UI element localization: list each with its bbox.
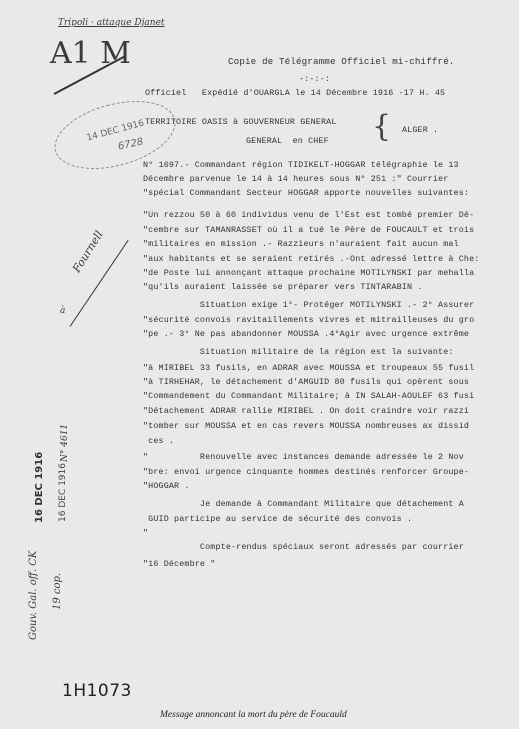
body-line: "cembre sur TAMANRASSET où il a tué le P…	[143, 225, 474, 235]
title-separator: -:-:-:	[299, 74, 330, 84]
document-page: Tripoli · attaque Djanet A1 M Copie de T…	[0, 0, 519, 729]
handwritten-note-top: Tripoli · attaque Djanet	[58, 18, 165, 28]
body-line: N° 1697.- Commandant région TIDIKELT-HOG…	[143, 160, 459, 170]
page-title: Copie de Télégramme Officiel mi-chiffré.	[228, 56, 455, 67]
to-line: GENERAL en CHEF	[246, 136, 329, 146]
vertical-stamp-number: N° 4611	[60, 424, 70, 462]
body-line: "tomber sur MOUSSA et en cas revers MOUS…	[143, 421, 469, 431]
body-line: GUID participe au service de sécurité de…	[143, 514, 412, 524]
vertical-stamp-1: 16 DEC 1916	[34, 452, 45, 523]
handwritten-initials: A1 M	[50, 36, 131, 71]
vertical-stamp-2: 16 DEC 1916	[58, 463, 68, 522]
body-line: "HOGGAR .	[143, 481, 190, 491]
side-mark: à	[60, 306, 65, 316]
body-line: "à MIRIBEL 33 fusils, en ADRAR avec MOUS…	[143, 363, 474, 373]
body-line: "Détachement ADRAR rallie MIRIBEL . On d…	[143, 406, 469, 416]
body-line: "sécurité convois ravitaillements vivres…	[143, 315, 474, 325]
body-line: "16 Décembre "	[143, 559, 215, 569]
side-signature: Fournell	[70, 228, 106, 274]
vertical-note-1: Gouv. Gal. off. CK	[28, 551, 39, 640]
destination: ALGER .	[402, 125, 438, 135]
body-line: Décembre parvenue le 14 à 14 heures sous…	[143, 174, 448, 184]
address-bracket: {	[372, 112, 391, 142]
body-line: "à TIRHEHAR, le détachement d'AMGUID 80 …	[143, 377, 469, 387]
body-line: "Un rezzou 50 à 60 individus venu de l'E…	[143, 210, 474, 220]
body-line: "pe .- 3° Ne pas abandonner MOUSSA .4°Ag…	[143, 329, 469, 339]
body-line: Je demande à Commandant Militaire que dé…	[143, 499, 464, 509]
body-line: "aux habitants et se seraient retirés .-…	[143, 254, 479, 264]
body-line: "de Poste lui annonçant attaque prochain…	[143, 268, 474, 278]
body-line: Situation exige 1°- Protéger MOTILYNSKI …	[143, 300, 474, 310]
body-line: ces .	[143, 436, 174, 446]
vertical-note-2: 19 cop.	[52, 573, 63, 610]
body-line: Situation militaire de la région est la …	[143, 347, 454, 357]
body-line: "Commandement du Commandant Militaire; à…	[143, 391, 474, 401]
caption: Message annoncant la mort du père de Fou…	[160, 710, 347, 720]
body-line: "militaires en mission .- Razzieurs n'au…	[143, 239, 459, 249]
body-line: "spécial Commandant Secteur HOGGAR appor…	[143, 188, 469, 198]
body-line: "bre: envoi urgence cinquante hommes des…	[143, 467, 469, 477]
dispatch-line: Officiel Expédié d'OUARGLA le 14 Décembr…	[145, 88, 445, 98]
body-line: " Renouvelle avec instances demande adre…	[143, 452, 464, 462]
archive-reference: 1H1073	[62, 681, 132, 701]
body-line: "	[143, 528, 148, 538]
body-line: "qu'ils auraient laissée se préparer ver…	[143, 282, 423, 292]
body-line: Compte-rendus spéciaux seront adressés p…	[143, 542, 464, 552]
